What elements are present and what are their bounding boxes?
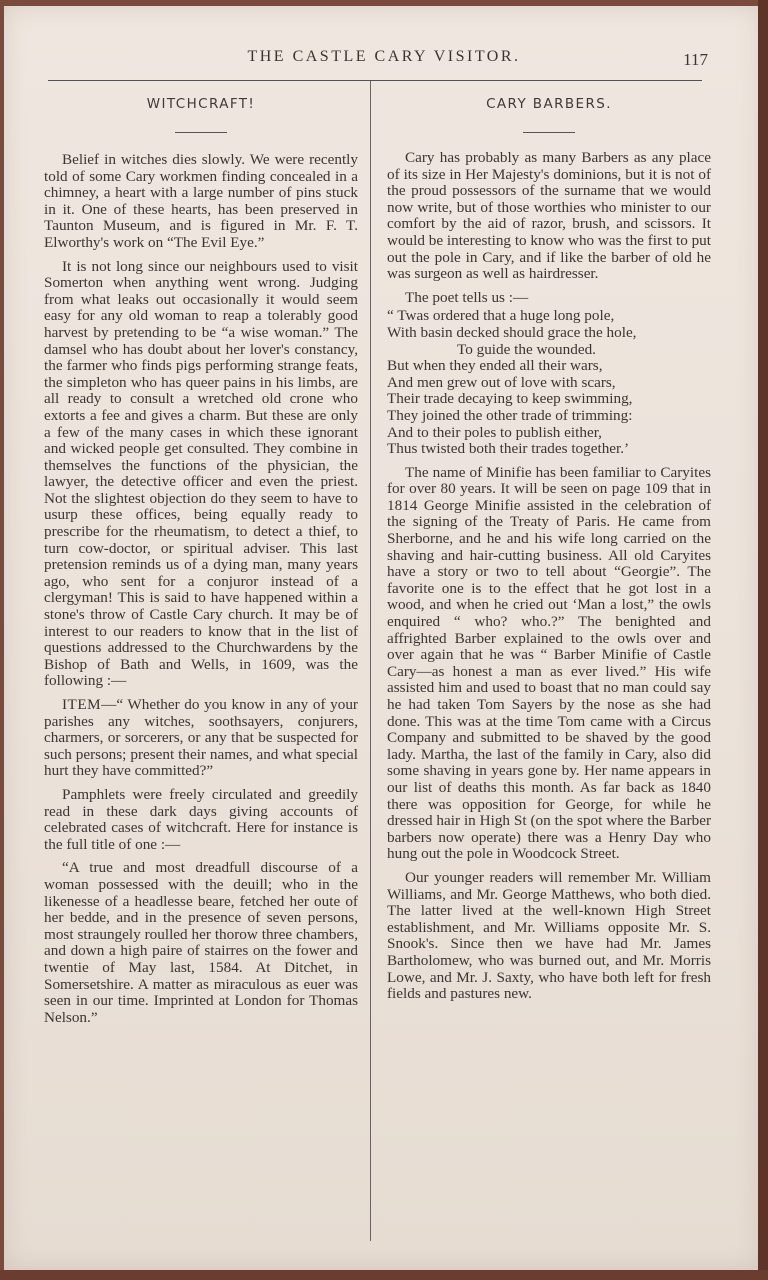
paragraph: Cary has probably as many Barbers as any… <box>387 150 711 283</box>
header-rule <box>48 80 702 81</box>
paragraph: The poet tells us :— <box>387 290 711 307</box>
running-title: THE CASTLE CARY VISITOR. <box>0 48 768 66</box>
poem-line: “ Twas ordered that a huge long pole, <box>387 308 711 325</box>
poem-line: With basin decked should grace the hole, <box>387 325 711 342</box>
column-divider <box>370 81 371 1241</box>
paragraph: It is not long since our neighbours used… <box>44 259 358 690</box>
poem-line: And to their poles to publish either, <box>387 425 711 442</box>
poem-line: Their trade decaying to keep swimming, <box>387 391 711 408</box>
item-quote: ITEM—“ Whether do you know in any of you… <box>44 697 358 780</box>
right-column-article-cary-barbers: CARY BARBERS. Cary has probably as many … <box>387 88 711 1003</box>
item-label: ITEM <box>62 696 101 713</box>
paragraph: Belief in witches dies slowly. We were r… <box>44 152 358 252</box>
title-rule <box>523 132 575 133</box>
poem-line: They joined the other trade of trimming: <box>387 408 711 425</box>
poem-line: Thus twisted both their trades together.… <box>387 441 711 458</box>
poem-line: But when they ended all their wars, <box>387 358 711 375</box>
paragraph: Our younger readers will remember Mr. Wi… <box>387 870 711 1003</box>
title-rule <box>175 132 227 133</box>
running-header: THE CASTLE CARY VISITOR. 117 <box>0 42 768 72</box>
left-column-article-witchcraft: WITCHCRAFT! Belief in witches dies slowl… <box>44 88 358 1026</box>
paragraph: Pamphlets were freely circulated and gre… <box>44 787 358 853</box>
page-number: 117 <box>683 50 708 70</box>
poem: “ Twas ordered that a huge long pole, Wi… <box>387 308 711 457</box>
article-title-cary-barbers: CARY BARBERS. <box>387 96 711 116</box>
article-title-witchcraft: WITCHCRAFT! <box>44 96 358 116</box>
poem-line: And men grew out of love with scars, <box>387 375 711 392</box>
page-edge-bottom <box>0 1270 768 1280</box>
paragraph: The name of Minifie has been familiar to… <box>387 465 711 863</box>
poem-line: To guide the wounded. <box>387 342 711 359</box>
page-edge-right <box>758 0 768 1280</box>
pamphlet-title-quote: “A true and most dreadfull discourse of … <box>44 860 358 1026</box>
